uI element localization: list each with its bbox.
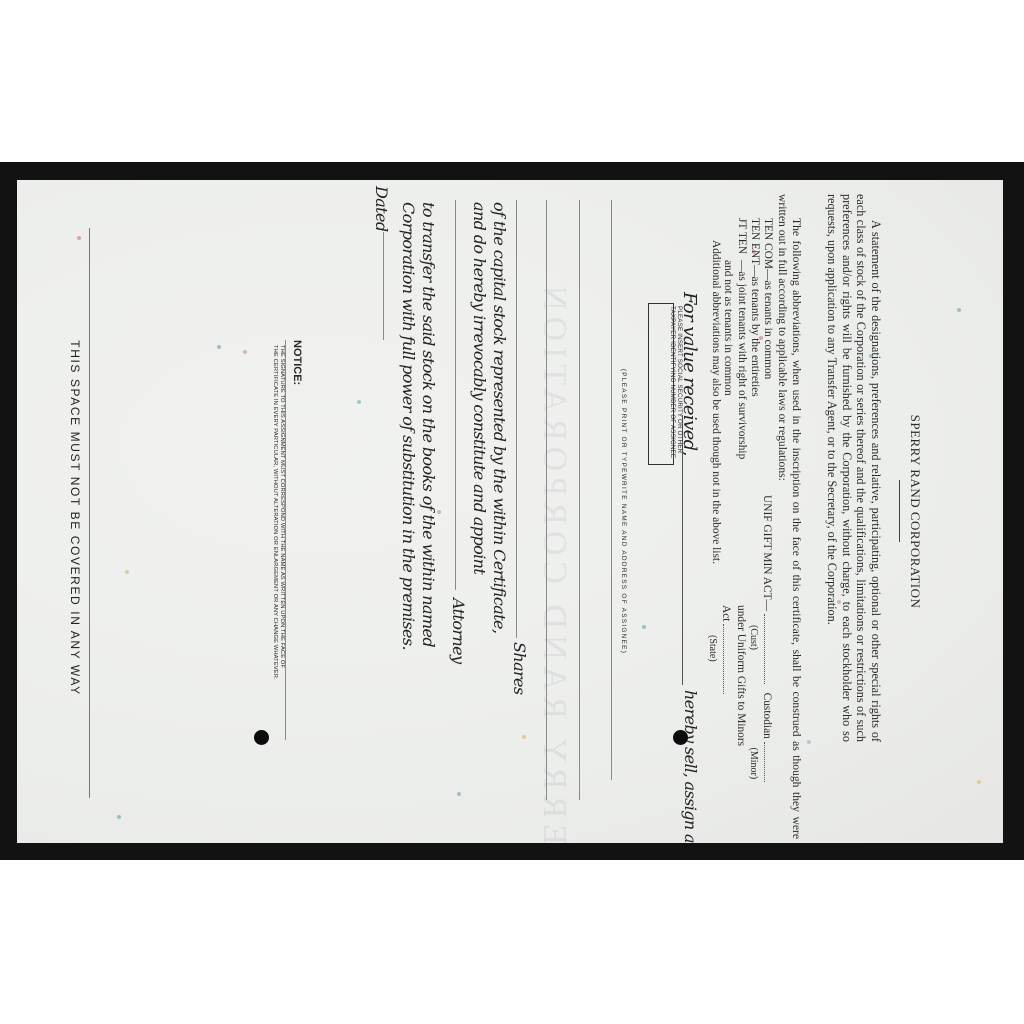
shares-label: Shares [510,642,529,695]
constitute-appoint-text: and do hereby irrevocably constitute and… [470,202,489,574]
shares-amount-line[interactable] [516,200,517,638]
under-uniform-gifts: under Uniform Gifts to Minors [733,485,746,775]
abbreviations-intro: The following abbreviations, when used i… [776,194,803,839]
rotated-certificate-content: SPERRY RAND CORPORATION SPERRY RAND CORP… [17,180,1003,843]
dated-label: Dated [372,186,391,232]
attorney-label: Attorney [449,598,468,663]
abbreviation-meaning: —as tenants in common [761,269,774,379]
unif-gift-label: UNIF GIFT MIN ACT— [761,495,773,611]
abbreviation-code: JT TEN [721,218,747,254]
abbreviation-item: TEN ENT —as tenants by the entireties [748,218,761,478]
assignor-name-line[interactable] [682,415,683,685]
abbreviation-code: TEN ENT [748,218,761,265]
capital-stock-text: of the capital stock represented by the … [490,202,509,633]
margin-rule [89,228,90,798]
assignee-address-line-1[interactable] [579,200,580,800]
corporation-substitution-text: Corporation with full power of substitut… [399,202,418,650]
state-blank [723,624,733,694]
assignee-address-line-2[interactable] [546,200,547,800]
company-title: SPERRY RAND CORPORATION [907,180,923,843]
ssn-label-line-1: PLEASE INSERT SOCIAL SECURITY OR OTHER [675,306,682,458]
minor-blank [764,742,774,782]
custodian-blank [764,614,774,684]
cancellation-hole [673,730,688,745]
attorney-name-line[interactable] [455,200,456,590]
cancellation-hole [254,730,269,745]
abbreviations-list: TEN COM —as tenants in common TEN ENT —a… [721,218,774,478]
minor-label: (Minor) [748,748,759,780]
notice-label: NOTICE: [291,340,303,385]
abbreviation-item: JT TEN —as joint tenants with right of s… [721,218,747,478]
date-line[interactable] [383,232,384,340]
abbreviation-code: TEN COM [761,218,774,269]
act-label: Act [720,605,732,621]
notice-line-2: THE CERTIFICATE IN EVERY PARTICULAR, WIT… [271,345,278,680]
abbreviation-meaning: —as tenants by the entireties [748,265,761,397]
notice-line-1: THE SIGNATURE TO THIS ASSIGNMENT MUST CO… [278,345,285,680]
rights-statement: A statement of the designations, prefere… [825,194,883,742]
hereby-sell-assign: hereby sell, assign and transfer unto [681,690,700,843]
print-name-label: (PLEASE PRINT OR TYPEWRITE NAME AND ADDR… [620,180,627,843]
margin-warning: THIS SPACE MUST NOT BE COVERED IN ANY WA… [68,238,82,798]
abbreviation-item: TEN COM —as tenants in common [761,218,774,478]
cust-label: (Cust) [748,625,759,650]
title-rule [899,480,900,542]
notice-text: THE SIGNATURE TO THIS ASSIGNMENT MUST CO… [271,345,285,680]
transfer-text: to transfer the said stock on the books … [419,202,438,647]
assignee-name-line[interactable] [611,200,612,780]
additional-abbreviations-note: Additional abbreviations may also be use… [710,240,722,564]
abbreviation-meaning: —as joint tenants with right of survivor… [721,254,747,478]
signature-line[interactable] [285,340,286,740]
bleed-through-text: SPERRY RAND CORPORATION [535,280,573,843]
custodian-label: Custodian [761,693,773,739]
certificate-paper: SPERRY RAND CORPORATION SPERRY RAND CORP… [17,180,1003,843]
ssn-input-box[interactable] [648,303,674,465]
